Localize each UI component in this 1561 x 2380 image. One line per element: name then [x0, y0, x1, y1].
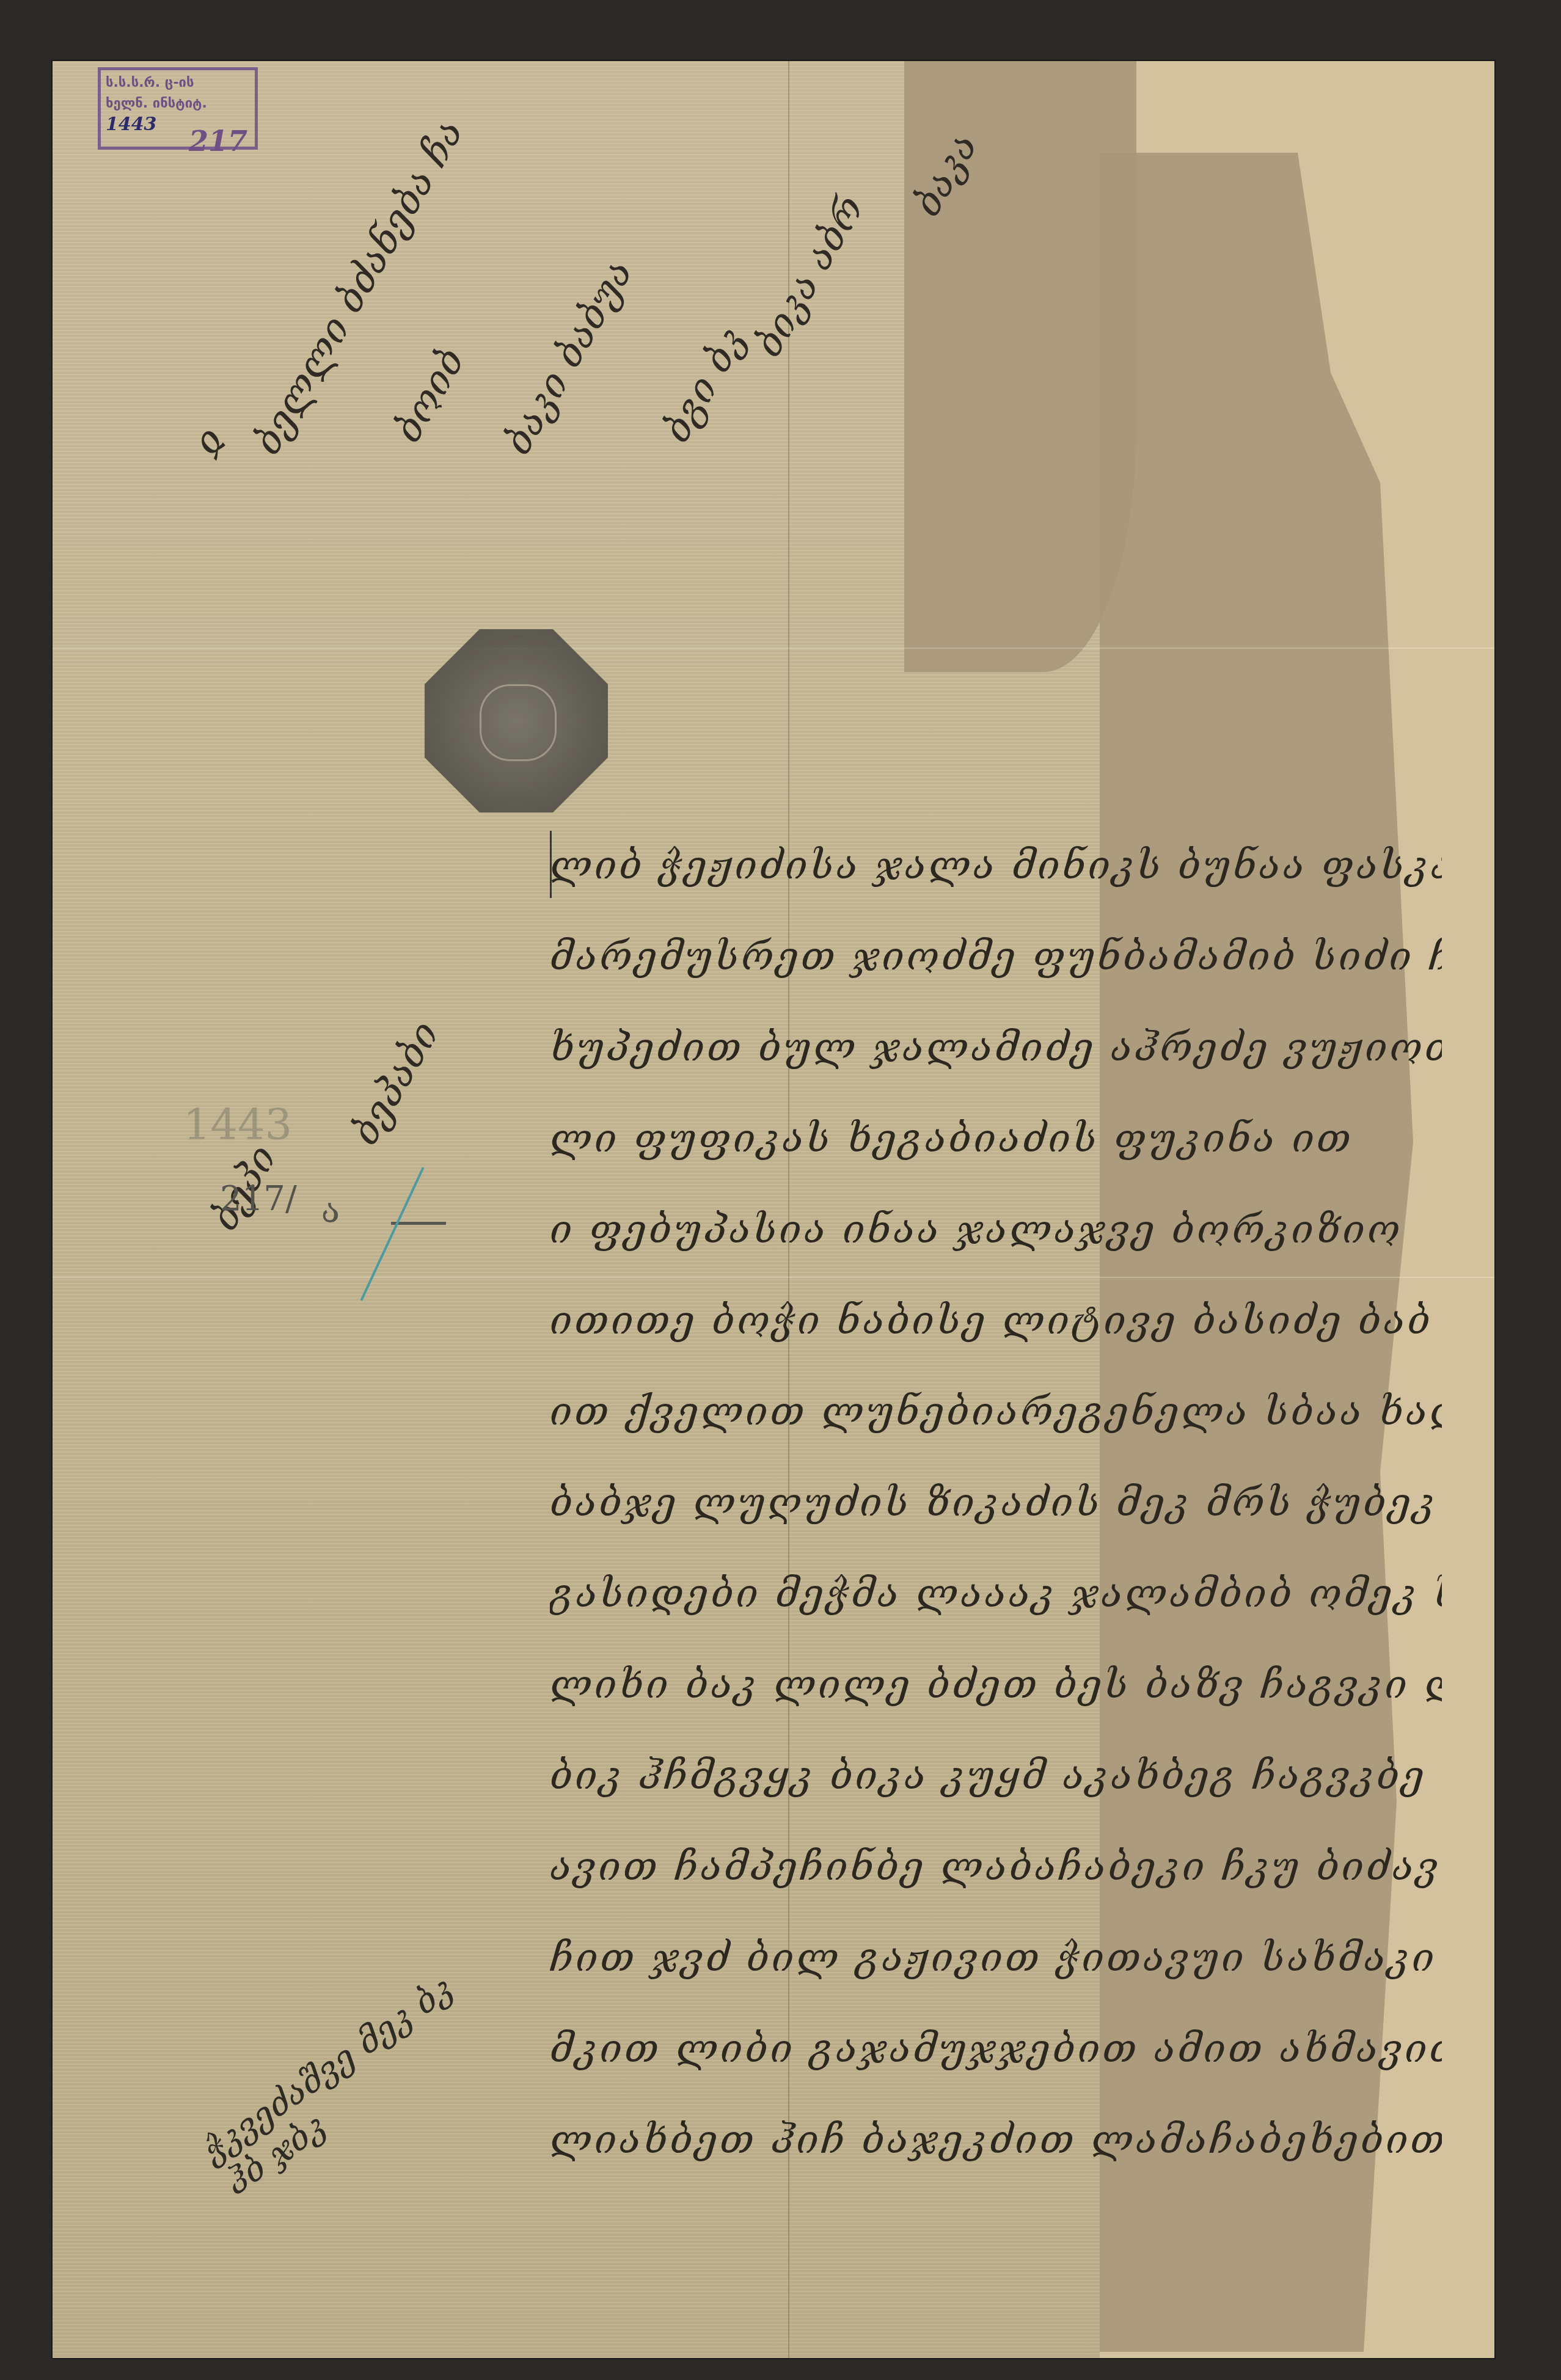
- stamp-inventory-number: 1443: [106, 114, 157, 135]
- archive-stamp: ს.ს.ს.რ. ც-ის ხელნ. ინსტიტ. 1443 217: [98, 67, 258, 150]
- catalog-numerator: 217: [220, 1179, 285, 1219]
- octagonal-seal-icon: [425, 629, 608, 812]
- body-line: მკით ლიბი გაჯამუჯჯებით ამით ახმავით ბგ: [550, 2026, 1442, 2117]
- body-line: ლიბ ჭეჟიძისა ჯალა მინიკს ბუნაა ფასკა: [550, 843, 1442, 934]
- body-line: ავით ჩამპეჩინბე ლაბაჩაბეკი ჩკუ ბიძავ მი: [550, 1844, 1442, 1935]
- body-line: ლი ფუფიკას ხეგაბიაძის ფუკინა ით: [550, 1116, 1442, 1207]
- body-line: ლიახბეთ ჰიჩ ბაჯეკძით ლამაჩაბეხებით ჰკდი: [550, 2117, 1442, 2208]
- body-line: ჩით ჯვძ ბილ გაჟივით ჭითავუი სახმაკი ბგ: [550, 1935, 1442, 2026]
- pencil-catalog-mark: 217/ა: [220, 1179, 315, 1219]
- body-line: გასიდები მეჭმა ლაააკ ჯალამბიბ ომეკ სჯვე: [550, 1571, 1442, 1662]
- fold-line: [53, 648, 1494, 649]
- stamp-folio-number: 217: [189, 131, 247, 151]
- body-line: ხუპეძით ბულ ჯალამიძე აჰრეძე ვუჟიოთ: [550, 1025, 1442, 1116]
- stamp-line-2: ხელნ. ინსტიტ.: [106, 93, 250, 114]
- pencil-dash: [391, 1222, 446, 1225]
- stamp-line-1: ს.ს.ს.რ. ც-ის: [106, 73, 250, 93]
- letter-body: ლიბ ჭეჟიძისა ჯალა მინიკს ბუნაა ფასკა მარ…: [550, 843, 1442, 2208]
- body-line: ბიკ ჰჩმგვყკ ბიკა კუყმ აკახბეგ ჩაგვკბე: [550, 1753, 1442, 1844]
- body-line: ლიხი ბაკ ლილე ბძეთ ბეს ბაზვ ჩაგვკი ლე: [550, 1662, 1442, 1753]
- catalog-denominator: ა: [321, 1191, 340, 1231]
- body-line: ბაბჯე ლუღუძის ზიკაძის მეკ მრს ჭუბეკ: [550, 1480, 1442, 1571]
- body-line: ი ფებუპასია ინაა ჯალაჯვე ბორკიზიო: [550, 1207, 1442, 1298]
- body-line: მარემუსრეთ ჯიოძმე ფუნბამამიბ სიძი ჩ: [550, 934, 1442, 1025]
- body-line: ით ქველით ლუნებიარეგენელა სბაა ხადით ჯეკ: [550, 1389, 1442, 1480]
- faint-pencil-number: 1443: [183, 1100, 292, 1150]
- body-line: ითითე ბოჭი ნაბისე ლიტივე ბასიძე ბაბ: [550, 1298, 1442, 1389]
